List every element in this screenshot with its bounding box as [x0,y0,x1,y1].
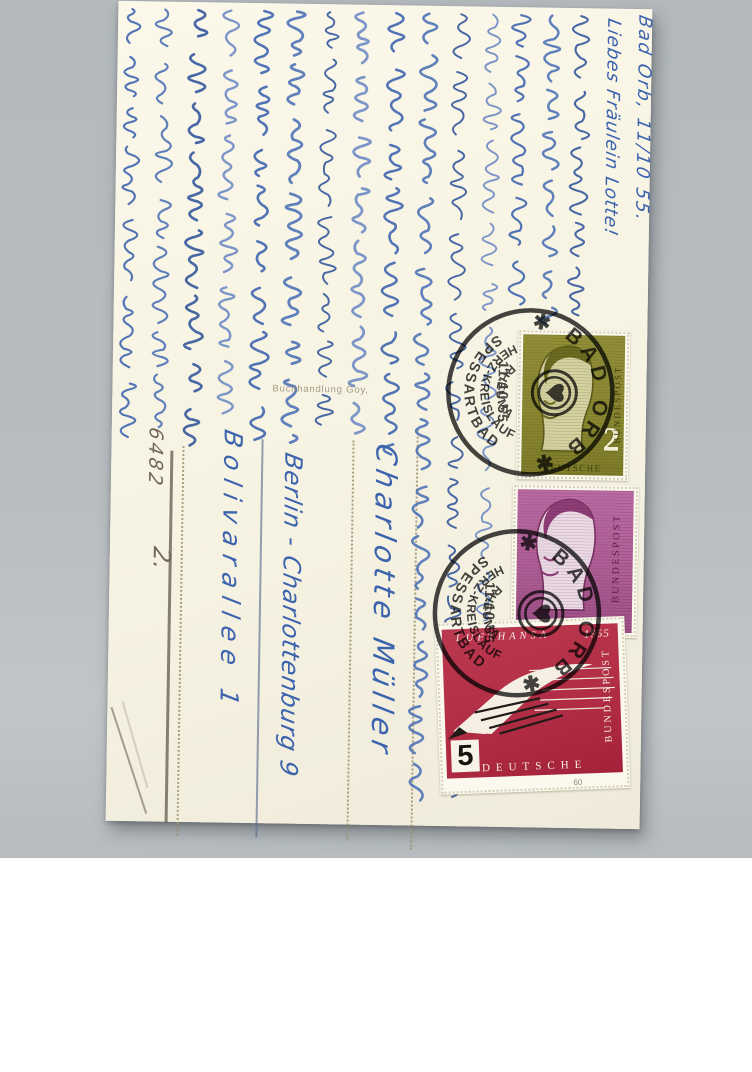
scribble-column [379,13,405,454]
message-dateline: Bad Orb, 11/10 55. [631,13,655,224]
postmark-bad-orb-lower: ✱ BAD ORB ✱ SPESSARTBAD HERZ-KREISLAUF R… [405,501,628,724]
postmark-town: ✱ BAD ORB ✱ [529,310,614,477]
scribble-column [149,9,174,427]
svg-text:✱ BAD ORB ✱: ✱ BAD ORB ✱ [515,531,600,698]
postmark-date: 11.10.55 [481,582,498,644]
postmark-town: ✱ BAD ORB ✱ [515,531,600,698]
scribble-column [348,13,372,434]
pencil-catalog-number: 6482 [144,425,167,490]
svg-text:✱ BAD ORB ✱: ✱ BAD ORB ✱ [529,310,614,477]
scribble-column [119,9,142,437]
address-street-line: Bolivarallee 1 [214,427,247,715]
postcard: Bad Orb, 11/10 55. Liebes Fräulein Lotte… [106,1,653,829]
scribble-column [182,10,207,446]
scribble-column [315,12,340,425]
scribble-column [280,12,305,443]
heart-circulation-emblem [532,370,577,415]
scribble-column [568,16,591,316]
address-city-line: Berlin - Charlottenburg 9 [274,451,307,780]
postmark-bad-orb-upper: ✱ BAD ORB ✱ SPESSARTBAD HERZ-KREISLAUF R… [419,281,642,504]
scribble-column [508,15,531,305]
scan-white-margin [0,858,752,1072]
postmark-date: 11.10.55 [495,361,512,423]
publisher-imprint: Buchhandlung Goy, [272,383,369,396]
heart-circulation-emblem [519,591,564,636]
scan-photo-background: Bad Orb, 11/10 55. Liebes Fräulein Lotte… [0,0,752,859]
screenshot: Bad Orb, 11/10 55. Liebes Fräulein Lotte… [0,0,752,1072]
message-salutation: Liebes Fräulein Lotte! [600,17,624,239]
plate-number: 60 [573,778,582,787]
address-name-line: Charlotte Müller [365,441,404,761]
scribble-column [540,16,562,324]
scribble-column [248,11,273,440]
scribble-column [215,10,241,413]
